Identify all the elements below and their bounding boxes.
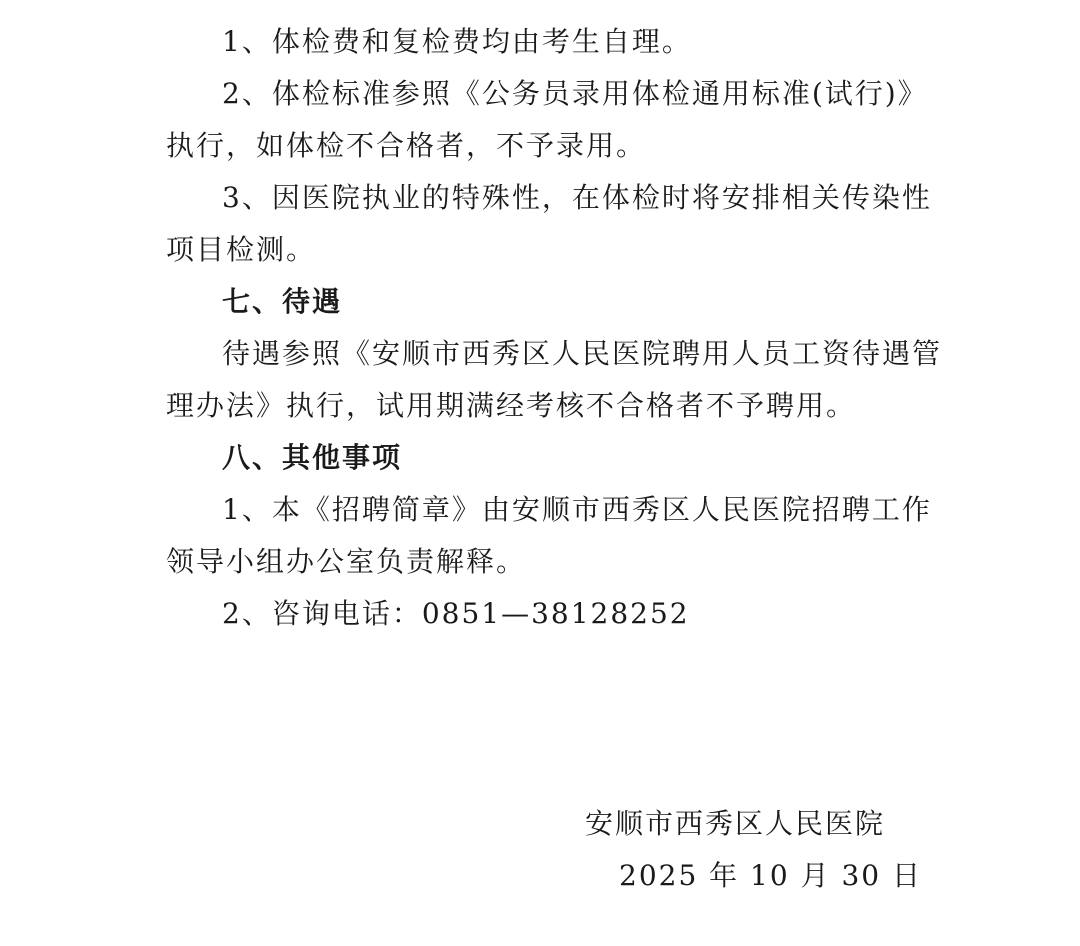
signature-organization: 安顺市西秀区人民医院 bbox=[585, 806, 885, 842]
exam-note-2-line-2: 执行，如体检不合格者，不予录用。 bbox=[166, 128, 646, 164]
section-8-item-1-line-2: 领导小组办公室负责解释。 bbox=[166, 544, 526, 580]
section-8-item-2-phone: 2、咨询电话：0851—38128252 bbox=[222, 596, 690, 632]
signature-date: 2025 年 10 月 30 日 bbox=[619, 858, 922, 894]
section-8-item-1-line-1: 1、本《招聘简章》由安顺市西秀区人民医院招聘工作 bbox=[222, 492, 932, 528]
exam-note-2-line-1: 2、体检标准参照《公务员录用体检通用标准(试行)》 bbox=[222, 76, 928, 112]
exam-note-3-line-1: 3、因医院执业的特殊性，在体检时将安排相关传染性 bbox=[222, 180, 932, 216]
exam-note-1: 1、体检费和复检费均由考生自理。 bbox=[222, 24, 692, 60]
section-7-content-line-2: 理办法》执行，试用期满经考核不合格者不予聘用。 bbox=[166, 388, 856, 424]
exam-note-3-line-2: 项目检测。 bbox=[166, 232, 316, 268]
section-7-content-line-1: 待遇参照《安顺市西秀区人民医院聘用人员工资待遇管 bbox=[222, 336, 942, 372]
section-8-heading: 八、其他事项 bbox=[222, 440, 402, 476]
section-7-heading: 七、待遇 bbox=[222, 284, 342, 320]
